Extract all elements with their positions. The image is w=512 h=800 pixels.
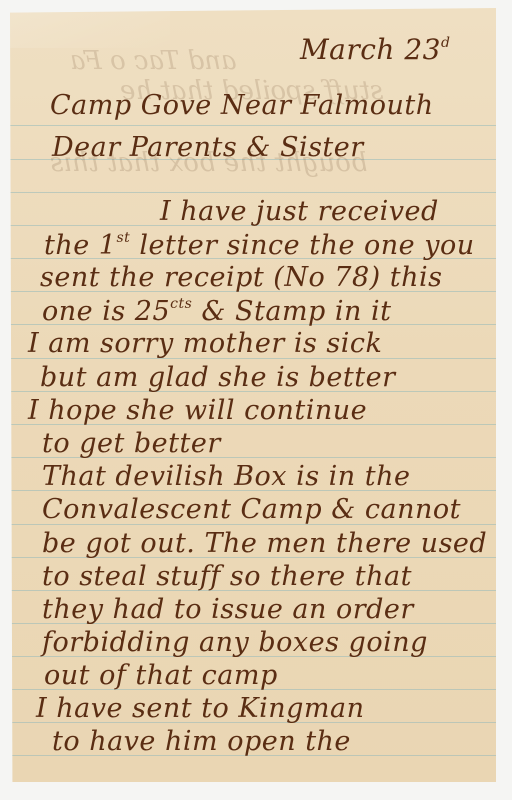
body-line: That devilish Box is in the — [42, 463, 410, 490]
letter-date: March 23d — [300, 36, 450, 64]
body-line: to steal stuff so there that — [42, 563, 412, 590]
body-line: one is 25cts & Stamp in it — [42, 297, 392, 325]
bleed-through-text: and Tac o Fa — [70, 46, 237, 76]
body-line-rest: letter since the one you — [130, 230, 474, 261]
body-line: they had to issue an order — [42, 596, 414, 623]
body-line-rest: & Stamp in it — [192, 296, 391, 327]
body-line: forbidding any boxes going — [42, 629, 428, 656]
body-line-sup: st — [116, 230, 130, 246]
letter-location: Camp Gove Near Falmouth — [50, 92, 434, 119]
letter-page: and Tac o Fa stuff spoiled that he bough… — [10, 8, 496, 782]
body-line-text: the 1 — [44, 230, 116, 261]
body-line: to get better — [42, 430, 221, 457]
body-line: be got out. The men there used — [42, 530, 487, 557]
body-line: I hope she will continue — [28, 397, 367, 424]
date-suffix: d — [441, 35, 450, 51]
body-line: out of that camp — [44, 662, 278, 689]
body-line: I have sent to Kingman — [36, 695, 364, 722]
body-line: to have him open the — [52, 728, 351, 755]
body-line: Convalescent Camp & cannot — [42, 496, 461, 523]
letter-salutation: Dear Parents & Sister — [52, 134, 364, 161]
date-text: March 23 — [300, 33, 441, 66]
body-line: I am sorry mother is sick — [28, 330, 382, 357]
body-line: sent the receipt (No 78) this — [40, 264, 443, 291]
body-line: I have just received — [160, 198, 439, 225]
body-line: the 1st letter since the one you — [44, 231, 475, 259]
body-line-text: one is 25 — [42, 296, 170, 327]
rule-line — [10, 125, 496, 126]
body-line: but am glad she is better — [40, 364, 396, 391]
body-line-sup: cts — [170, 296, 192, 312]
rule-line — [10, 192, 496, 193]
